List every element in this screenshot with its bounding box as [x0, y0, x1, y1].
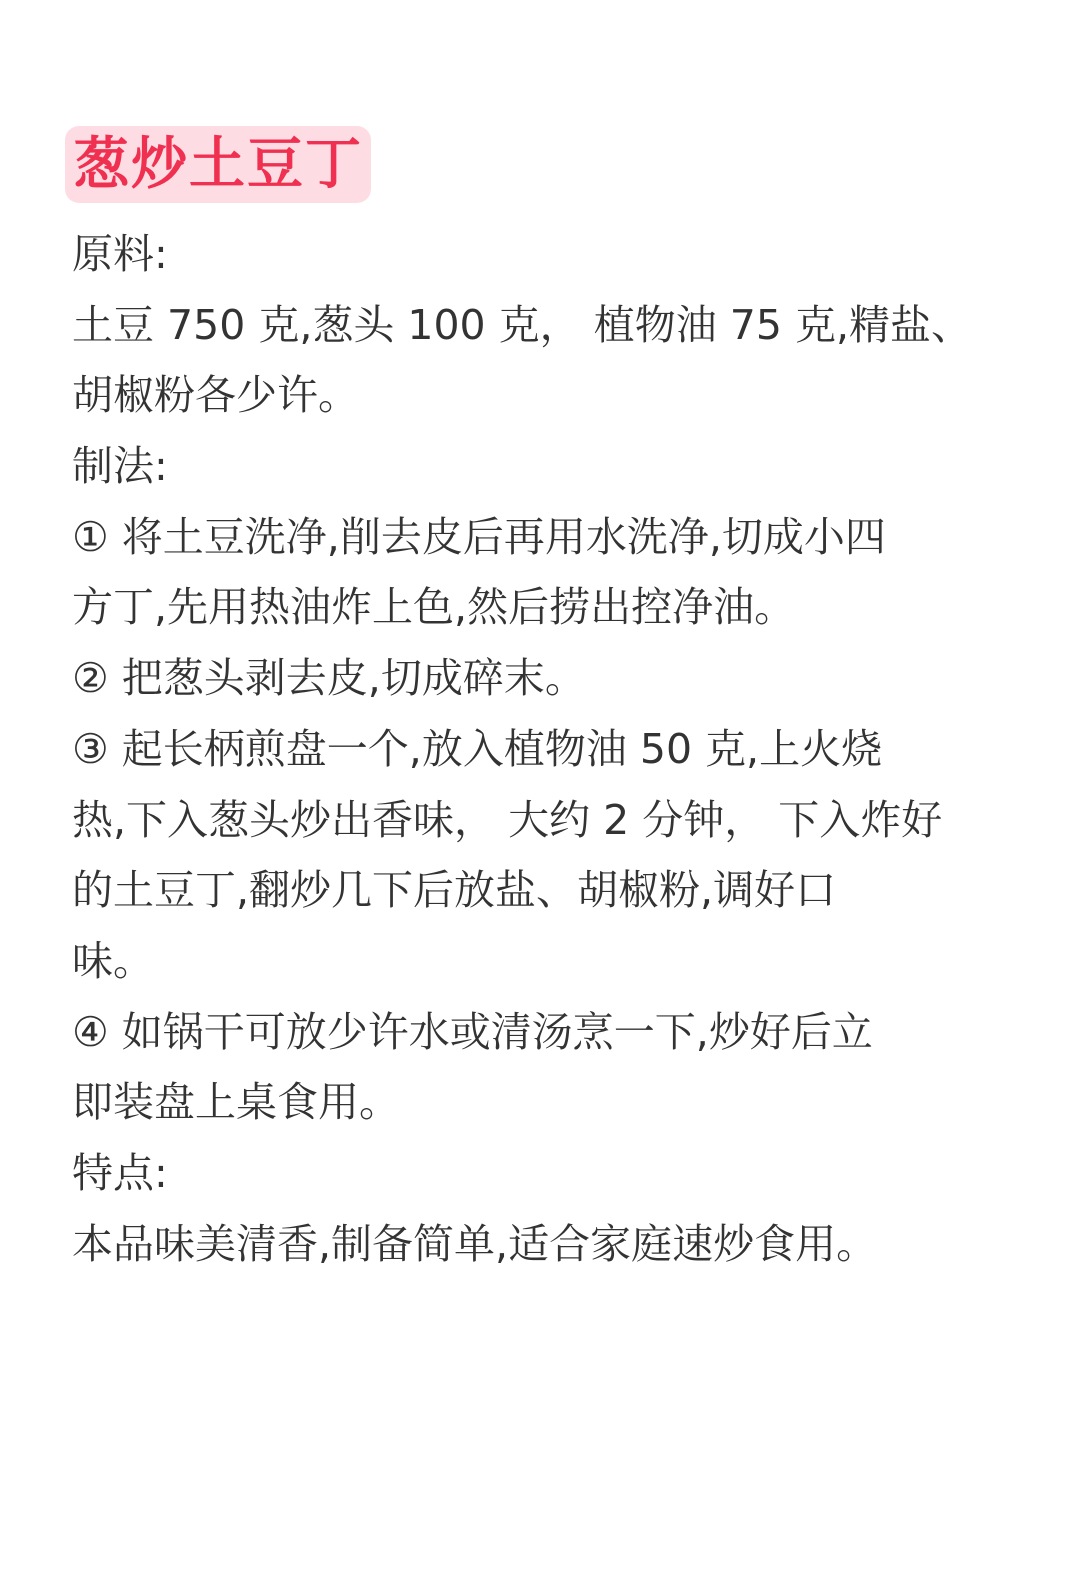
method-line: 热,下入葱头炒出香味， 大约 2 分钟， 下入炸好 — [72, 785, 1012, 856]
method-line: 即装盘上桌食用。 — [72, 1067, 1012, 1138]
method-line: ④ 如锅干可放少许水或清汤烹一下,炒好后立 — [72, 997, 1012, 1068]
ingredients-line: 土豆 750 克,葱头 100 克， 植物油 75 克,精盐、 — [72, 290, 1012, 361]
features-heading: 特点: — [72, 1138, 1012, 1209]
title-badge: 葱炒土豆丁 — [65, 126, 371, 203]
ingredients-line: 胡椒粉各少许。 — [72, 360, 1012, 431]
features-line: 本品味美清香,制备简单,适合家庭速炒食用。 — [72, 1209, 1012, 1280]
method-line: ① 将土豆洗净,削去皮后再用水洗净,切成小四 — [72, 502, 1012, 573]
method-line: 的土豆丁,翻炒几下后放盐、胡椒粉,调好口 — [72, 855, 1012, 926]
recipe-body: 原料: 土豆 750 克,葱头 100 克， 植物油 75 克,精盐、 胡椒粉各… — [72, 219, 1012, 1279]
method-line: ③ 起长柄煎盘一个,放入植物油 50 克,上火烧 — [72, 714, 1012, 785]
ingredients-heading: 原料: — [72, 219, 1012, 290]
method-line: 味。 — [72, 926, 1012, 997]
method-line: ② 把葱头剥去皮,切成碎末。 — [72, 643, 1012, 714]
method-heading: 制法: — [72, 431, 1012, 502]
method-line: 方丁,先用热油炸上色,然后捞出控净油。 — [72, 572, 1012, 643]
recipe-title: 葱炒土豆丁 — [73, 126, 363, 203]
